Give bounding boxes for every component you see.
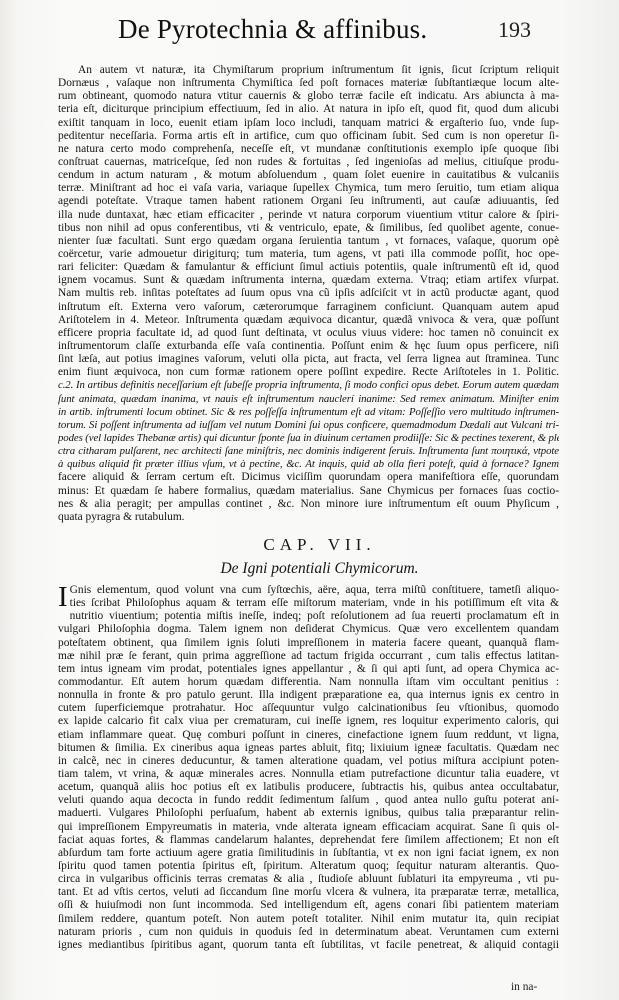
text-line: peditentur neceſſaria. Forma artis eſt i… [58, 130, 559, 143]
text-line: coërcetur, varie admouetur dirigiturq; t… [58, 248, 559, 261]
text-line: ignem vocamus. Sunt & quædam inſtrumenta… [58, 274, 559, 287]
drop-capital: I [58, 585, 68, 611]
catchword: in na- [511, 981, 537, 993]
text-line: bitumen & ſimilia. Ex cineribus aqua ign… [58, 742, 559, 755]
text-line: naturam prioris , cum non quiduis in quo… [58, 926, 559, 939]
text-line: mæ nihil præ ſe ferant, quin prima aggre… [58, 650, 559, 663]
book-page: De Pyrotechnia & affinibus. 193 An autem… [0, 0, 619, 1000]
text-line: teria eſt, diciturque principium effecti… [58, 103, 559, 116]
text-line: cutem ſuperficiemque protrahatur. Hoc aſ… [58, 702, 559, 715]
quotation-line: à quibus aliquid fit præter illius vſum,… [58, 458, 559, 471]
text-line: An autem vt naturæ, ita Chymiſtarum prop… [58, 64, 559, 77]
text-line: ſpiritu quod tamen potentia ſpiritus eſt… [58, 860, 559, 873]
text-line: abſurdum tam forte actiuum agere gratia … [58, 847, 559, 860]
text-line: facere aliquid & ſerram certum eſt. Dici… [58, 471, 559, 484]
text-line: nienter ſuæ facultati. Sunt ergo quædam … [58, 235, 559, 248]
text-line: nes & alia peragit; per ampullas contine… [58, 498, 559, 511]
quotation-line: in artib. inſtrumenti locum obtinet. Sic… [58, 406, 559, 419]
text-line: inſtrutum eſt. Externa vero vaſorum, cæt… [58, 301, 559, 314]
text-line: efficere propria facultate id, ad quod ſ… [58, 327, 559, 340]
text-line: rari feliciter: Quædam & famulantur & ef… [58, 261, 559, 274]
text-line: enim fiunt æquivoca, non cum formæ ratio… [58, 366, 559, 379]
page-header: De Pyrotechnia & affinibus. 193 [118, 14, 608, 54]
text-line: qui impreſſionem Empyreumatis in materia… [58, 821, 559, 834]
text-line: quata pyragra & rutabulum. [58, 511, 559, 524]
text-line: vulgari Philoſophia dogma. Talem ignem n… [58, 623, 559, 636]
text-line: Nam multis reb. inſitas poteſtates ad ſu… [58, 287, 559, 300]
text-line: ne natura certo modo comprehenſa, neceſſ… [58, 143, 559, 156]
quotation-line: torum. Si poſſent inſtrumenta ad iuſſam … [58, 419, 559, 432]
text-line: circa in vulgaribus officinis terras cre… [58, 873, 559, 886]
text-line: nutritio viuentium; potentia miſtis ineſ… [70, 610, 559, 623]
text-line: minus: Et quædam ſe habere formalius, qu… [58, 485, 559, 498]
text-line: acetum, quanquã aliis hoc potius eſt ex … [58, 781, 559, 794]
text-line: Dornæus , vaſaque non inſtrumenta Chymiſ… [58, 77, 559, 90]
text-line: tant. Et ad vſtis certos, veluti ad ſicc… [58, 886, 559, 899]
text-line: maduerti. Vulgares Philoſophi perſuaſum,… [58, 807, 559, 820]
text-line: ſint læſa, aut potius imagines vaſorum, … [58, 353, 559, 366]
text-line: cendum in actum naturam , & motum abſolu… [58, 169, 559, 182]
text-line: ſimilem reddere, quantum poteſt. Non aut… [58, 913, 559, 926]
quotation-line: ctra citharam pulſarent, nec architecti … [58, 445, 559, 458]
text-line: tiam talem, vt vrina, & aquæ minerales a… [58, 768, 559, 781]
text-line: in calcẽ, nec in cineres deducuntur, & t… [58, 755, 559, 768]
paragraph-1: An autem vt naturæ, ita Chymiſtarum prop… [58, 64, 559, 524]
text-line: illa nude duntaxat, hæc etiam efficacite… [58, 209, 559, 222]
text-line: exiſtit tanquam in loco, euenit etiam ip… [58, 117, 559, 130]
quotation-line: ſunt animata, quædam inanima, vt nauis e… [58, 393, 559, 406]
text-line: ex lapide calcario fit calx viua per cre… [58, 715, 559, 728]
chapter-heading: CAP. VII. [0, 535, 619, 555]
page-number: 193 [498, 17, 531, 43]
quotation-line: c.2. In artibus definitis neceſſarium eſ… [58, 379, 559, 392]
text-line: terræ. Miniſtrant ad hoc ei vaſa varia, … [58, 182, 559, 195]
text-line: poteſtatem obtinent, qua ſimilem ignis ſ… [58, 637, 559, 650]
text-line: Ariſtotelem in 4. Meteor. Inſtrumenta qu… [58, 314, 559, 327]
running-title: De Pyrotechnia & affinibus. [118, 14, 427, 45]
text-line: etiam inflammare queat. Quę comburi poſſ… [58, 729, 559, 742]
text-line: tibus non nihil ad opus conferentibus, v… [58, 222, 559, 235]
text-line: oſſi & huiuſmodi non ſunt incommoda. Sed… [58, 899, 559, 912]
text-line: ties ſcribat Philoſophus aquam & terram … [70, 597, 559, 610]
text-line: faciat aquas fortes, & flammas candelaru… [58, 834, 559, 847]
paragraph-2: I Gnis elementum, quod volunt vna cum ſy… [58, 584, 559, 952]
text-line: ignes mediantibus ſpiritibus agant, quor… [58, 939, 559, 952]
text-line: commodantur. Eſt autem horum quædam diff… [58, 676, 559, 689]
chapter-title: De Igni potentiali Chymicorum. [0, 560, 619, 578]
text-line: rum obtineant, quomodo natura vtitur cau… [58, 90, 559, 103]
text-line: Gnis elementum, quod volunt vna cum ſyſt… [70, 584, 559, 597]
text-line: inſtrumentorum claſſe exturbanda eſſe va… [58, 340, 559, 353]
text-line: veluti quando aqua decocta in fundo redd… [58, 794, 559, 807]
text-line: agendi poteſtate. Vtraque tamen habent r… [58, 195, 559, 208]
text-line: tem intus igneam vim prodat, potentiales… [58, 663, 559, 676]
text-line: nonnulla in fronte & pro patulo gerunt. … [58, 689, 559, 702]
text-line: conſtruat cauernas, matriceſque, ſed non… [58, 156, 559, 169]
quotation-line: podes (vel lapides Thebanæ artis) qui di… [58, 432, 559, 445]
